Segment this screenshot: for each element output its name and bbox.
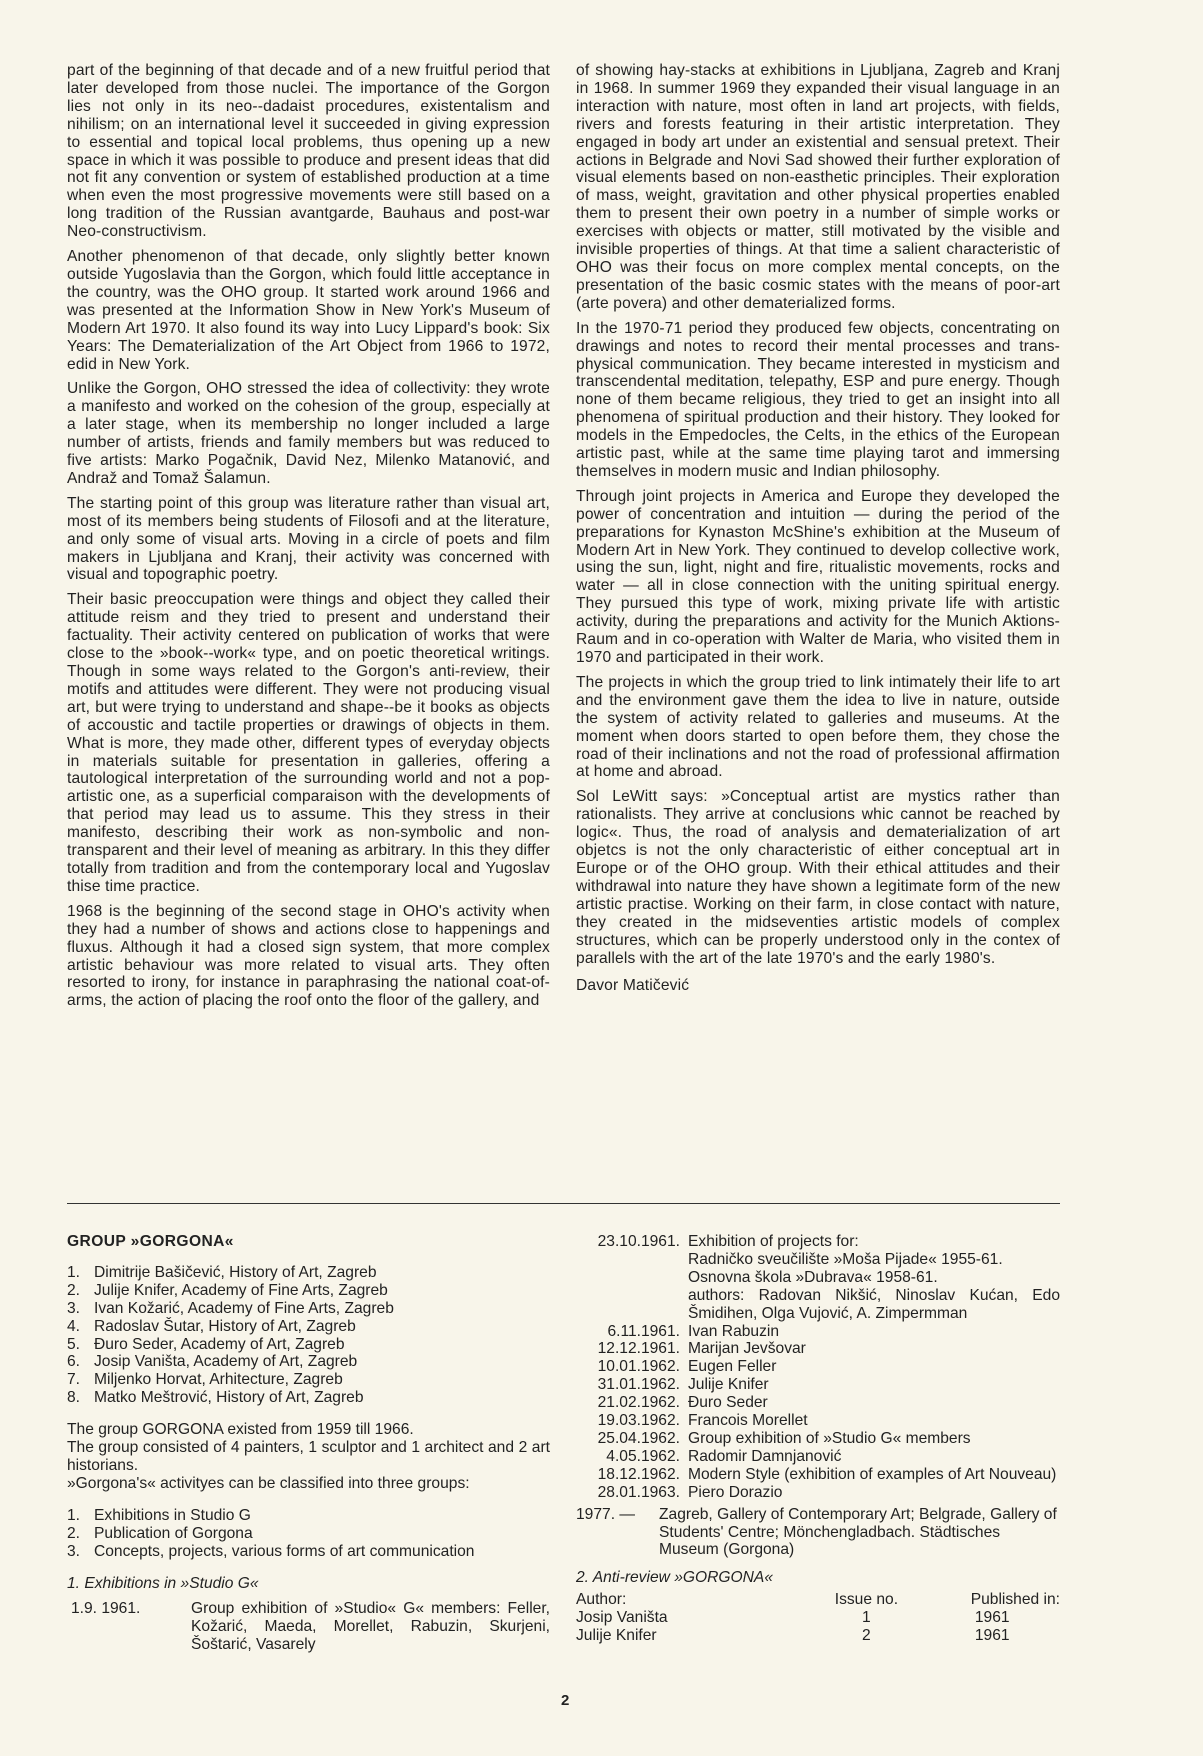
table-header-row: Author: Issue no. Published in:: [576, 1591, 1060, 1609]
exhibition-entry: 1.9. 1961. Group exhibition of »Studio« …: [67, 1600, 550, 1654]
retrospective-year: 1977. —: [576, 1506, 651, 1560]
paragraph: Their basic preoccupation were things an…: [67, 591, 550, 895]
exhibition-entry: 4.05.1962.Radomir Damnjanović: [576, 1448, 1060, 1466]
paragraph: part of the beginning of that decade and…: [67, 62, 550, 241]
activity-group-item: 2.Publication of Gorgona: [67, 1525, 550, 1543]
activity-groups-list: 1.Exhibitions in Studio G 2.Publication …: [67, 1507, 550, 1561]
exhibition-entry: 28.01.1963.Piero Dorazio: [576, 1484, 1060, 1502]
intro-line: The group consisted of 4 painters, 1 scu…: [67, 1439, 550, 1475]
exhibition-entry: 18.12.1962.Modern Style (exhibition of e…: [576, 1466, 1060, 1484]
member-item: 2.Julije Knifer, Academy of Fine Arts, Z…: [67, 1282, 550, 1300]
retrospective-text: Zagreb, Gallery of Contemporary Art; Bel…: [651, 1506, 1060, 1560]
paragraph: The starting point of this group was lit…: [67, 495, 550, 585]
exhibition-entry: 23.10.1961. Exhibition of projects for: …: [576, 1233, 1060, 1323]
exhibition-date: 1.9. 1961.: [67, 1600, 191, 1654]
paragraph: The projects in which the group tried to…: [576, 674, 1060, 781]
exhibition-text: Group exhibition of »Studio« G« members:…: [191, 1600, 550, 1654]
exhibition-entry: 21.02.1962.Đuro Seder: [576, 1394, 1060, 1412]
paragraph: of showing hay-stacks at exhibitions in …: [576, 62, 1060, 313]
exhibition-entry: 31.01.1962.Julije Knifer: [576, 1376, 1060, 1394]
exhibition-detail: authors: Radovan Nikšić, Ninoslav Kućan,…: [688, 1287, 1060, 1323]
page-number: 2: [561, 1692, 569, 1709]
exhibitions-heading: 1. Exhibitions in »Studio G«: [67, 1575, 550, 1593]
exhibition-detail: Radničko sveučilište »Moša Pijade« 1955-…: [688, 1251, 1060, 1269]
activity-group-item: 3.Concepts, projects, various forms of a…: [67, 1543, 550, 1561]
paragraph: Another phenomenon of that decade, only …: [67, 248, 550, 373]
exhibition-detail: Osnovna škola »Dubrava« 1958-61.: [688, 1269, 1060, 1287]
paragraph: In the 1970-71 period they produced few …: [576, 320, 1060, 481]
member-list: 1.Dimitrije Bašičević, History of Art, Z…: [67, 1264, 550, 1407]
gorgona-left-column: GROUP »GORGONA« 1.Dimitrije Bašičević, H…: [67, 1233, 550, 1654]
exhibition-text: Exhibition of projects for:: [688, 1233, 1060, 1251]
author-signature: Davor Matičević: [576, 977, 1060, 995]
exhibition-entry: 25.04.1962.Group exhibition of »Studio G…: [576, 1430, 1060, 1448]
member-item: 6.Josip Vaništa, Academy of Art, Zagreb: [67, 1353, 550, 1371]
anti-review-heading: 2. Anti-review »GORGONA«: [576, 1569, 1060, 1587]
member-item: 1.Dimitrije Bašičević, History of Art, Z…: [67, 1264, 550, 1282]
article-left-column: part of the beginning of that decade and…: [67, 62, 550, 1017]
exhibition-entry: 19.03.1962.Francois Morellet: [576, 1412, 1060, 1430]
paragraph: 1968 is the beginning of the second stag…: [67, 903, 550, 1010]
intro-line: »Gorgona's« activityes can be classified…: [67, 1475, 550, 1493]
section-divider: [67, 1203, 1060, 1204]
member-item: 3.Ivan Kožarić, Academy of Fine Arts, Za…: [67, 1300, 550, 1318]
member-item: 4.Radoslav Šutar, History of Art, Zagreb: [67, 1318, 550, 1336]
exhibition-entry: 10.01.1962.Eugen Feller: [576, 1358, 1060, 1376]
table-row: Julije Knifer 2 1961: [576, 1627, 1060, 1645]
paragraph: Unlike the Gorgon, OHO stressed the idea…: [67, 380, 550, 487]
member-item: 5.Đuro Seder, Academy of Art, Zagreb: [67, 1336, 550, 1354]
member-item: 7.Miljenko Horvat, Arhitecture, Zagreb: [67, 1371, 550, 1389]
paragraph: Sol LeWitt says: »Conceptual artist are …: [576, 788, 1060, 967]
member-item: 8.Matko Meštrović, History of Art, Zagre…: [67, 1389, 550, 1407]
exhibition-entry: 12.12.1961.Marijan Jevšovar: [576, 1340, 1060, 1358]
intro-line: The group GORGONA existed from 1959 till…: [67, 1421, 550, 1439]
group-title: GROUP »GORGONA«: [67, 1233, 550, 1251]
exhibition-entry: 6.11.1961.Ivan Rabuzin: [576, 1323, 1060, 1341]
retrospective-entry: 1977. — Zagreb, Gallery of Contemporary …: [576, 1506, 1060, 1560]
exhibition-date: 23.10.1961.: [576, 1233, 688, 1323]
paragraph: Through joint projects in America and Eu…: [576, 488, 1060, 667]
article-right-column: of showing hay-stacks at exhibitions in …: [576, 62, 1060, 995]
table-row: Josip Vaništa 1 1961: [576, 1609, 1060, 1627]
activity-group-item: 1.Exhibitions in Studio G: [67, 1507, 550, 1525]
anti-review-table: Author: Issue no. Published in: Josip Va…: [576, 1591, 1060, 1645]
group-intro: The group GORGONA existed from 1959 till…: [67, 1421, 550, 1493]
gorgona-right-column: 23.10.1961. Exhibition of projects for: …: [576, 1233, 1060, 1645]
